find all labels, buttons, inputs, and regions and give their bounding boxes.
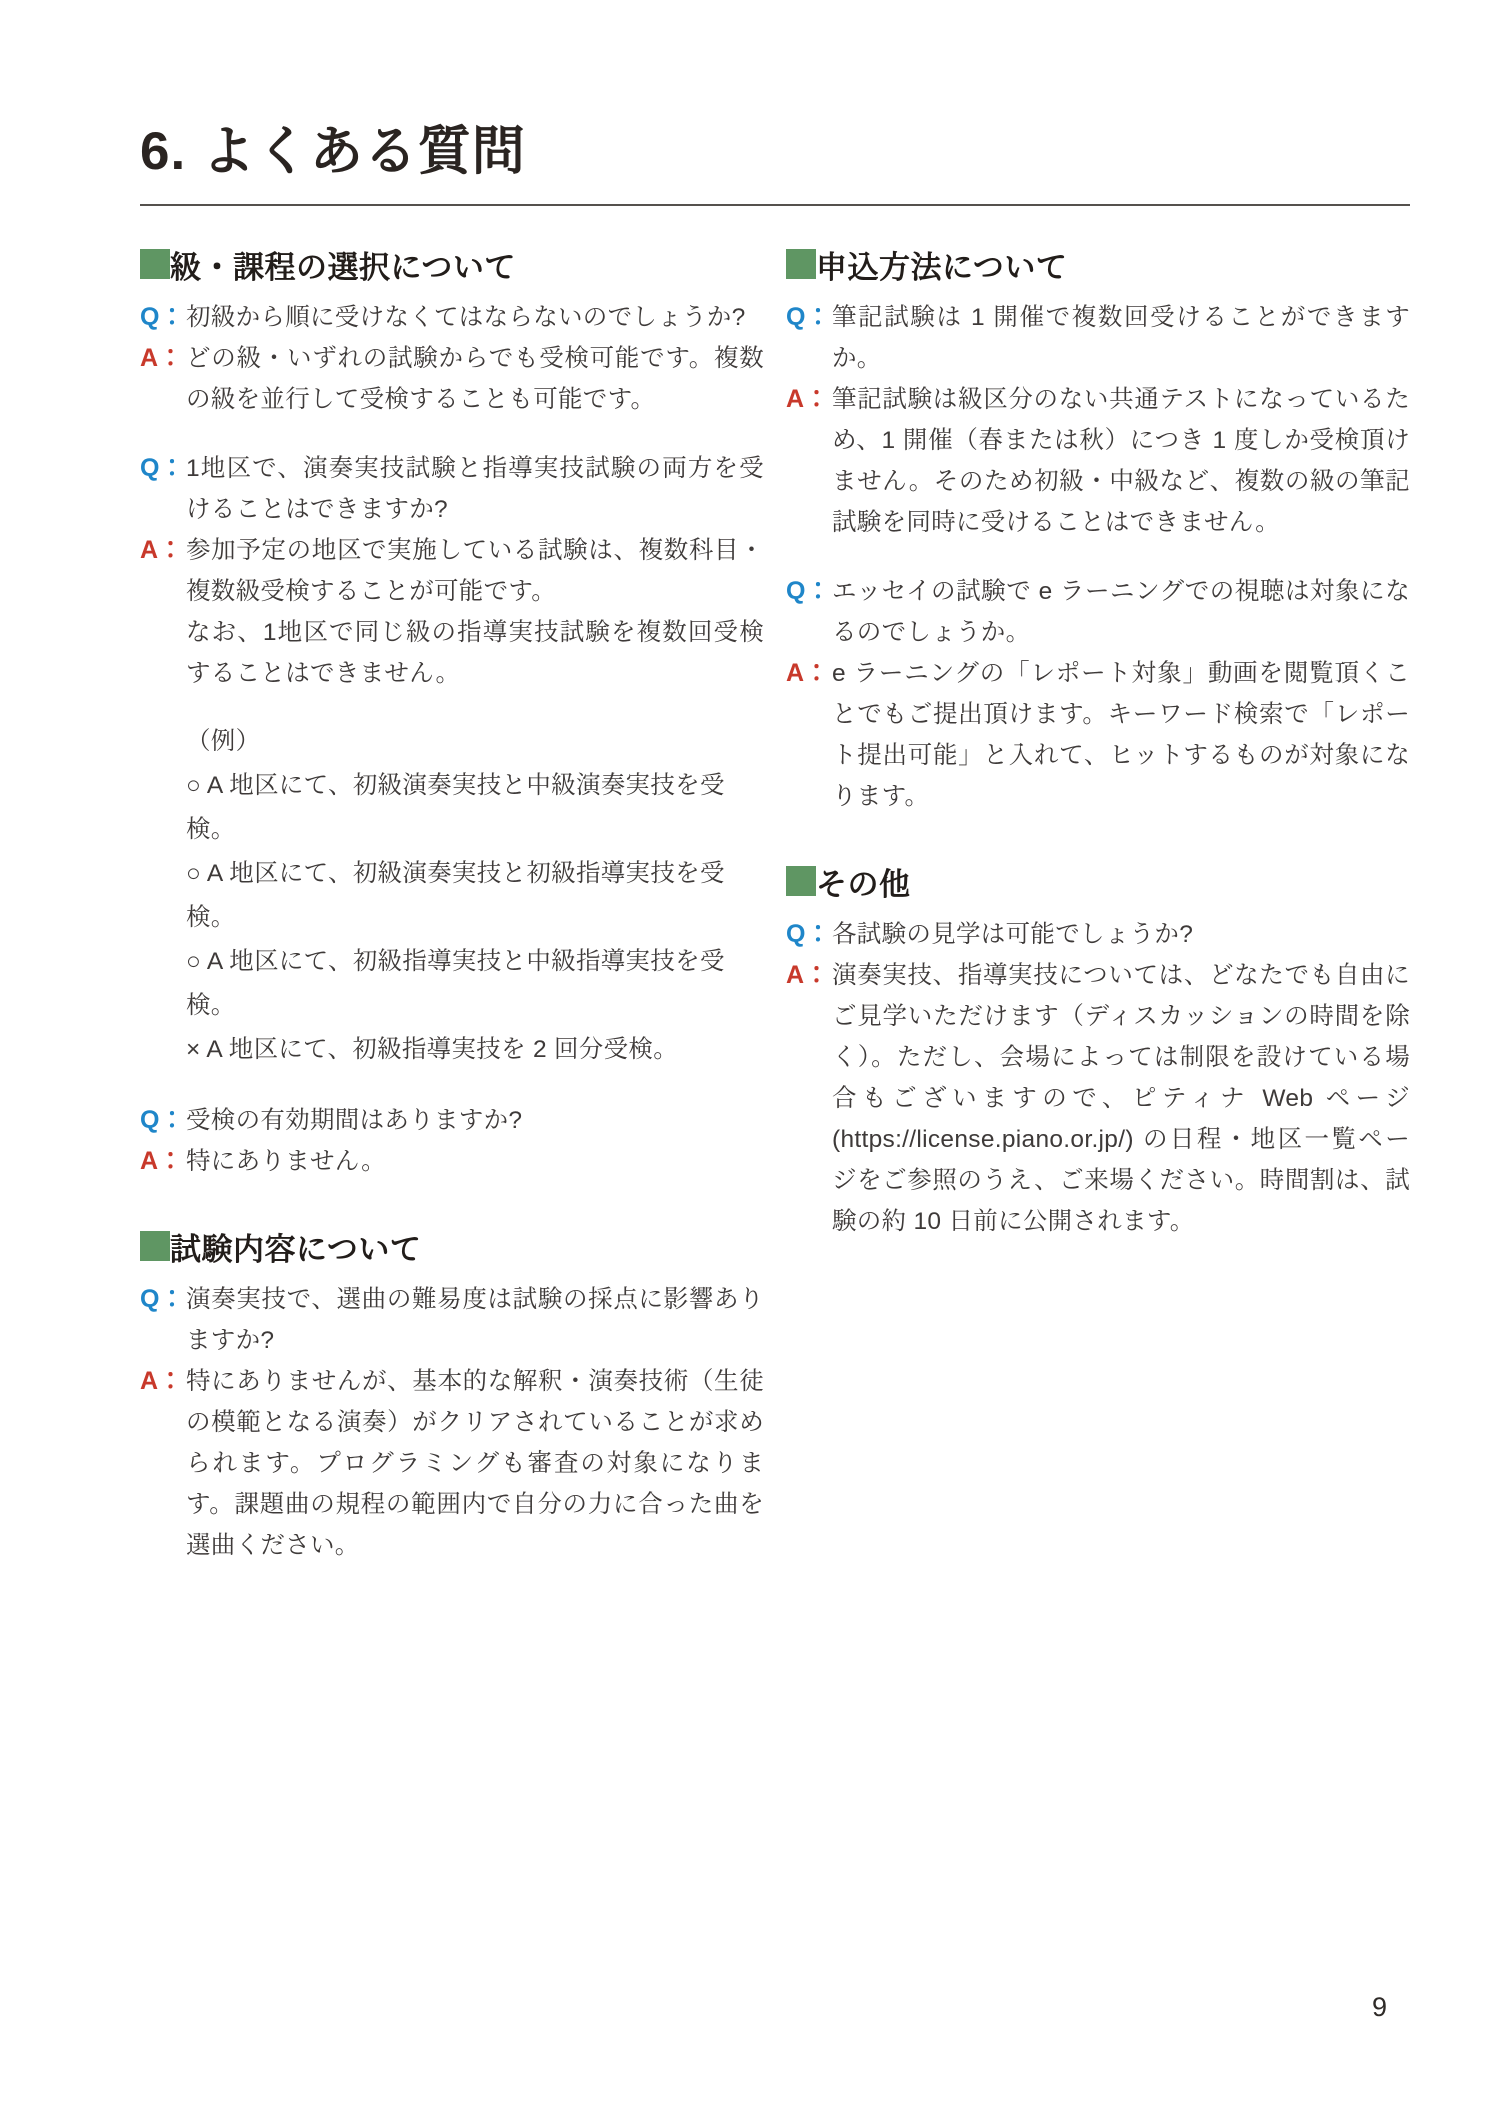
question-text: 各試験の見学は可能でしょうか? [832,914,1410,955]
q-label: Q： [786,914,832,955]
question-row: Q： 各試験の見学は可能でしょうか? [786,914,1410,955]
example-item: ○ A 地区にて、初級演奏実技と中級演奏実技を受検。 [186,764,764,852]
page-number: 9 [1372,1992,1387,2023]
section-heading-exam-content: 試験内容について [140,1224,764,1269]
answer-paragraph: なお、1地区で同じ級の指導実技試験を複数回受検することはできません。 [186,612,764,694]
answer-paragraph: 参加予定の地区で実施している試験は、複数科目・複数級受検することが可能です。 [186,530,764,612]
qa-pair: Q： 演奏実技で、選曲の難易度は試験の採点に影響ありますか? A： 特にありませ… [140,1279,764,1566]
question-row: Q： 演奏実技で、選曲の難易度は試験の採点に影響ありますか? [140,1279,764,1361]
a-label: A： [786,955,832,996]
section-heading-label: 級・課程の選択について [170,242,516,287]
section-heading-label: 試験内容について [170,1224,421,1269]
q-label: Q： [140,297,186,338]
example-label: （例） [186,720,764,764]
question-text: 初級から順に受けなくてはならないのでしょうか? [186,297,764,338]
example-item: × A 地区にて、初級指導実技を 2 回分受検。 [186,1028,764,1072]
question-text: 演奏実技で、選曲の難易度は試験の採点に影響ありますか? [186,1279,764,1361]
a-label: A： [140,1361,186,1402]
question-row: Q： 受検の有効期間はありますか? [140,1100,764,1141]
a-label: A： [786,379,832,420]
column-right: 申込方法について Q： 筆記試験は 1 開催で複数回受けることができますか。 A… [786,242,1410,1566]
a-label: A： [786,653,832,694]
qa-pair: Q： 初級から順に受けなくてはならないのでしょうか? A： どの級・いずれの試験… [140,297,764,420]
qa-pair: Q： 各試験の見学は可能でしょうか? A： 演奏実技、指導実技については、どなた… [786,914,1410,1242]
answer-row: A： 筆記試験は級区分のない共通テストになっているため、1 開催（春または秋）に… [786,379,1410,543]
example-block: （例） ○ A 地区にて、初級演奏実技と中級演奏実技を受検。 ○ A 地区にて、… [186,720,764,1072]
answer-row: A： e ラーニングの「レポート対象」動画を閲覧頂くことでもご提出頂けます。キー… [786,653,1410,817]
question-text: 筆記試験は 1 開催で複数回受けることができますか。 [832,297,1410,379]
example-item: ○ A 地区にて、初級演奏実技と初級指導実技を受検。 [186,852,764,940]
question-row: Q： 初級から順に受けなくてはならないのでしょうか? [140,297,764,338]
answer-text: どの級・いずれの試験からでも受検可能です。複数の級を並行して受検することも可能で… [186,338,764,420]
q-label: Q： [140,1279,186,1320]
question-row: Q： エッセイの試験で e ラーニングでの視聴は対象になるのでしょうか。 [786,571,1410,653]
question-text: 1地区で、演奏実技試験と指導実技試験の両方を受けることはできますか? [186,448,764,530]
answer-text: 演奏実技、指導実技については、どなたでも自由にご見学いただけます（ディスカッショ… [832,955,1410,1242]
section-heading-application: 申込方法について [786,242,1410,287]
page-title: 6. よくある質問 [140,120,1410,184]
column-left: 級・課程の選択について Q： 初級から順に受けなくてはならないのでしょうか? A… [140,242,764,1566]
question-row: Q： 筆記試験は 1 開催で複数回受けることができますか。 [786,297,1410,379]
answer-text: 特にありません。 [186,1141,764,1182]
section-heading-grade-selection: 級・課程の選択について [140,242,764,287]
answer-text: 特にありませんが、基本的な解釈・演奏技術（生徒の模範となる演奏）がクリアされてい… [186,1361,764,1566]
answer-text: 参加予定の地区で実施している試験は、複数科目・複数級受検することが可能です。 な… [186,530,764,694]
question-text: エッセイの試験で e ラーニングでの視聴は対象になるのでしょうか。 [832,571,1410,653]
section-heading-label: 申込方法について [816,242,1067,287]
document-page: 6. よくある質問 級・課程の選択について Q： 初級から順に受けなくてはならな… [0,0,1500,2121]
qa-pair: Q： 受検の有効期間はありますか? A： 特にありません。 [140,1100,764,1182]
answer-row: A： 演奏実技、指導実技については、どなたでも自由にご見学いただけます（ディスカ… [786,955,1410,1242]
question-text: 受検の有効期間はありますか? [186,1100,764,1141]
section-bullet-icon [140,249,170,279]
answer-row: A： 参加予定の地区で実施している試験は、複数科目・複数級受検することが可能です… [140,530,764,694]
section-bullet-icon [786,249,816,279]
a-label: A： [140,1141,186,1182]
answer-row: A： 特にありませんが、基本的な解釈・演奏技術（生徒の模範となる演奏）がクリアさ… [140,1361,764,1566]
a-label: A： [140,530,186,571]
answer-row: A： 特にありません。 [140,1141,764,1182]
answer-text: e ラーニングの「レポート対象」動画を閲覧頂くことでもご提出頂けます。キーワード… [832,653,1410,817]
example-item: ○ A 地区にて、初級指導実技と中級指導実技を受検。 [186,940,764,1028]
a-label: A： [140,338,186,379]
title-rule [140,204,1410,206]
section-heading-other: その他 [786,859,1410,904]
section-bullet-icon [786,866,816,896]
qa-pair: Q： 筆記試験は 1 開催で複数回受けることができますか。 A： 筆記試験は級区… [786,297,1410,543]
two-column-layout: 級・課程の選択について Q： 初級から順に受けなくてはならないのでしょうか? A… [140,242,1410,1566]
page-content: 6. よくある質問 級・課程の選択について Q： 初級から順に受けなくてはならな… [140,0,1410,1566]
section-heading-label: その他 [816,859,911,904]
q-label: Q： [786,297,832,338]
q-label: Q： [140,1100,186,1141]
q-label: Q： [140,448,186,489]
section-bullet-icon [140,1231,170,1261]
qa-pair: Q： エッセイの試験で e ラーニングでの視聴は対象になるのでしょうか。 A： … [786,571,1410,817]
question-row: Q： 1地区で、演奏実技試験と指導実技試験の両方を受けることはできますか? [140,448,764,530]
answer-text: 筆記試験は級区分のない共通テストになっているため、1 開催（春または秋）につき … [832,379,1410,543]
q-label: Q： [786,571,832,612]
answer-row: A： どの級・いずれの試験からでも受検可能です。複数の級を並行して受検することも… [140,338,764,420]
qa-pair: Q： 1地区で、演奏実技試験と指導実技試験の両方を受けることはできますか? A：… [140,448,764,694]
